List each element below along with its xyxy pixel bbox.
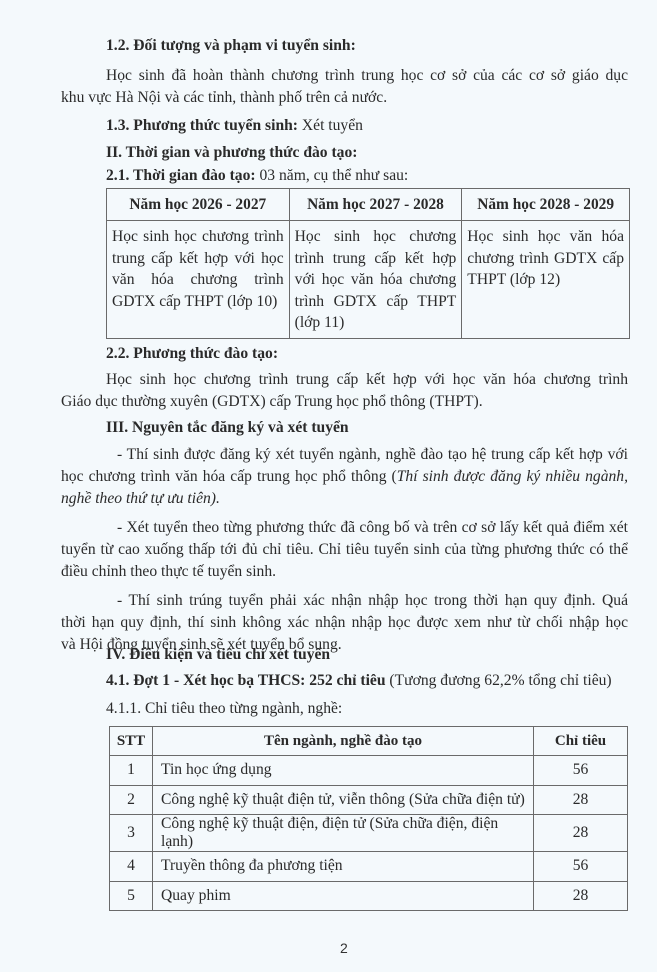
table-header-name: Tên ngành, nghề đào tạo <box>153 727 534 756</box>
row-stt: 1 <box>110 756 153 786</box>
section-4-1-1-heading: 4.1.1. Chỉ tiêu theo từng ngành, nghề: <box>106 699 342 719</box>
quota-table: STT Tên ngành, nghề đào tạo Chỉ tiêu 1 T… <box>109 726 628 911</box>
section-3-p3-line2: thời hạn quy định, thí sinh không xác nh… <box>61 613 628 633</box>
section-1-2-body-line2: khu vực Hà Nội và các tỉnh, thành phố tr… <box>61 88 387 108</box>
table-header-cell: Năm học 2027 - 2028 <box>289 189 462 221</box>
row-stt: 2 <box>110 785 153 815</box>
section-2-1-heading: 2.1. Thời gian đào tạo: <box>106 167 256 184</box>
section-2-1: 2.1. Thời gian đào tạo: 03 năm, cụ thể n… <box>106 166 408 186</box>
row-name: Quay phim <box>153 881 534 911</box>
section-3-p1-line3: nghề theo thứ tự ưu tiên). <box>61 489 220 509</box>
section-2-2-body-line2: Giáo dục thường xuyên (GDTX) cấp Trung h… <box>61 392 483 412</box>
section-4-heading: IV. Điều kiện và tiêu chí xét tuyển <box>106 645 330 665</box>
section-2-heading: II. Thời gian và phương thức đào tạo: <box>106 143 357 163</box>
table-header-stt: STT <box>110 727 153 756</box>
table-header-cell: Năm học 2028 - 2029 <box>462 189 630 221</box>
table-row: Học sinh học chương trình trung cấp kết … <box>107 221 630 339</box>
row-quota: 56 <box>534 756 628 786</box>
row-quota: 28 <box>534 881 628 911</box>
table-row: 1 Tin học ứng dụng 56 <box>110 756 628 786</box>
section-3-p2-line3: điều chỉnh theo thực tế tuyển sinh. <box>61 562 276 582</box>
table-row: 2 Công nghệ kỹ thuật điện tử, viễn thông… <box>110 785 628 815</box>
section-3-p2-line2: tuyển từ cao xuống thấp tới đủ chỉ tiêu.… <box>61 540 628 560</box>
table-row: 3 Công nghệ kỹ thuật điện, điện tử (Sửa … <box>110 815 628 852</box>
row-quota: 56 <box>534 852 628 882</box>
table-row: 5 Quay phim 28 <box>110 881 628 911</box>
cell-text: Học sinh học văn hóa chương trình GDTX c… <box>467 226 624 291</box>
row-name: Công nghệ kỹ thuật điện, điện tử (Sửa ch… <box>153 815 534 852</box>
section-2-2-body-line1: Học sinh học chương trình trung cấp kết … <box>106 370 628 390</box>
row-name: Tin học ứng dụng <box>153 756 534 786</box>
row-stt: 5 <box>110 881 153 911</box>
section-2-1-value: 03 năm, cụ thể như sau: <box>256 167 409 184</box>
section-1-2-heading: 1.2. Đối tượng và phạm vi tuyển sinh: <box>106 36 356 56</box>
table-row: 4 Truyền thông đa phương tiện 56 <box>110 852 628 882</box>
table-header-quota: Chỉ tiêu <box>534 727 628 756</box>
table-header-row: Năm học 2026 - 2027 Năm học 2027 - 2028 … <box>107 189 630 221</box>
row-name: Truyền thông đa phương tiện <box>153 852 534 882</box>
row-name: Công nghệ kỹ thuật điện tử, viễn thông (… <box>153 785 534 815</box>
table-cell: Học sinh học văn hóa chương trình GDTX c… <box>462 221 630 339</box>
section-1-3: 1.3. Phương thức tuyển sinh: Xét tuyển <box>106 116 363 136</box>
section-3-p1-line2: học chương trình văn hóa cấp trung học p… <box>61 467 628 487</box>
table-header-cell: Năm học 2026 - 2027 <box>107 189 290 221</box>
section-3-p1-line1: - Thí sinh được đăng ký xét tuyển ngành,… <box>117 445 628 465</box>
row-stt: 3 <box>110 815 153 852</box>
section-1-3-heading: 1.3. Phương thức tuyển sinh: <box>106 117 298 134</box>
row-quota: 28 <box>534 815 628 852</box>
section-4-1-note: (Tương đương 62,2% tổng chỉ tiêu) <box>386 672 612 689</box>
row-stt: 4 <box>110 852 153 882</box>
row-quota: 28 <box>534 785 628 815</box>
cell-text: Học sinh học chương trình trung cấp kết … <box>295 226 457 334</box>
p1-italic-text: Thí sinh được đăng ký nhiều ngành, <box>397 468 628 485</box>
section-4-1-heading: 4.1. Đợt 1 - Xét học bạ THCS: 252 chỉ ti… <box>106 672 386 689</box>
section-3-heading: III. Nguyên tắc đăng ký và xét tuyển <box>106 418 349 438</box>
table-cell: Học sinh học chương trình trung cấp kết … <box>289 221 462 339</box>
p1-plain-text: học chương trình văn hóa cấp trung học p… <box>61 468 397 485</box>
section-1-2-body-line1: Học sinh đã hoàn thành chương trình trun… <box>106 66 628 86</box>
section-3-p3-line1: - Thí sinh trúng tuyển phải xác nhận nhậ… <box>117 591 628 611</box>
training-timeline-table: Năm học 2026 - 2027 Năm học 2027 - 2028 … <box>106 188 630 339</box>
section-4-1: 4.1. Đợt 1 - Xét học bạ THCS: 252 chỉ ti… <box>106 671 612 691</box>
cell-text: Học sinh học chương trình trung cấp kết … <box>112 226 284 312</box>
section-2-2-heading: 2.2. Phương thức đào tạo: <box>106 344 278 364</box>
page-number: 2 <box>340 940 348 956</box>
section-1-3-value: Xét tuyển <box>298 117 363 134</box>
table-cell: Học sinh học chương trình trung cấp kết … <box>107 221 290 339</box>
table-header-row: STT Tên ngành, nghề đào tạo Chỉ tiêu <box>110 727 628 756</box>
section-3-p2-line1: - Xét tuyển theo từng phương thức đã côn… <box>117 518 628 538</box>
